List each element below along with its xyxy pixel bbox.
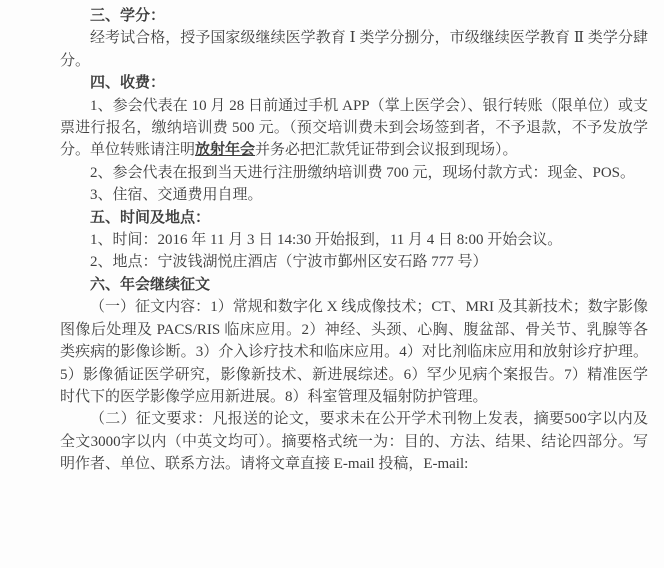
fees-item-3: 3、住宿、交通费用自理。 — [60, 184, 648, 206]
fees-item-1: 1、参会代表在 10 月 28 日前通过手机 APP（掌上医学会）、银行转账（限… — [60, 95, 648, 162]
payment-note-emphasis: 放射年会 — [195, 142, 255, 158]
credits-paragraph: 经考试合格，授予国家级继续医学教育 Ⅰ 类学分捌分，市级继续医学教育 Ⅱ 类学分… — [60, 27, 648, 72]
document-page: 三、学分： 经考试合格，授予国家级继续医学教育 Ⅰ 类学分捌分，市级继续医学教育… — [0, 0, 664, 568]
section-fees-heading: 四、收费： — [60, 72, 648, 94]
section-call-for-papers-heading: 六、年会继续征文 — [60, 274, 648, 296]
fees-item-2: 2、参会代表在报到当天进行注册缴纳培训费 700 元，现场付款方式：现金、POS… — [60, 162, 648, 184]
section-time-place-heading: 五、时间及地点： — [60, 207, 648, 229]
section-credits-heading: 三、学分： — [60, 5, 648, 27]
submission-requirements-paragraph: （二）征文要求：凡报送的论文，要求未在公开学术刊物上发表，摘要500字以内及全文… — [60, 408, 648, 475]
time-item: 1、时间：2016 年 11 月 3 日 14:30 开始报到，11 月 4 日… — [60, 229, 648, 251]
place-item: 2、地点：宁波钱湖悦庄酒店（宁波市鄞州区安石路 777 号） — [60, 251, 648, 273]
submission-topics-paragraph: （一）征文内容：1）常规和数字化 X 线成像技术；CT、MRI 及其新技术；数字… — [60, 296, 648, 408]
fees-item-1-text-after: 并务必把汇款凭证带到会议报到现场）。 — [255, 142, 518, 158]
